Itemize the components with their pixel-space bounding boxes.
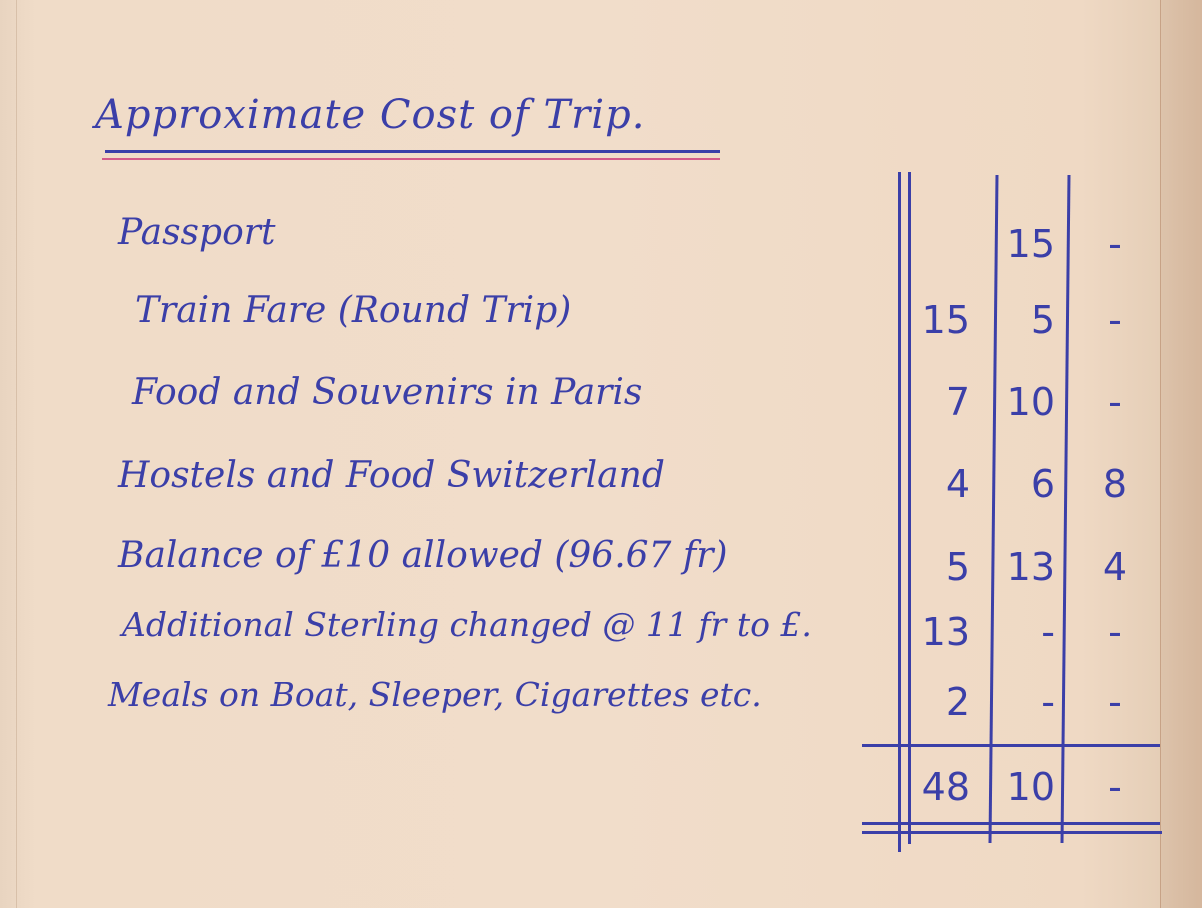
item-label-passport: Passport bbox=[118, 212, 275, 253]
ledger-rule-double-left-a bbox=[898, 172, 901, 852]
amount-balance-shillings: 13 bbox=[985, 545, 1055, 589]
amount-train-pounds: 15 bbox=[900, 298, 970, 342]
item-label-meals-boat: Meals on Boat, Sleeper, Cigarettes etc. bbox=[108, 675, 762, 714]
page-fold-edge bbox=[1160, 0, 1202, 908]
item-label-balance: Balance of £10 allowed (96.67 fr) bbox=[118, 535, 728, 576]
amount-meals-pence: - bbox=[1080, 680, 1150, 724]
ledger-rule-shillings-pence bbox=[1061, 175, 1071, 843]
amount-switzerland-shillings: 6 bbox=[985, 462, 1055, 506]
amount-sterling-pence: - bbox=[1080, 610, 1150, 654]
amount-paris-pence: - bbox=[1080, 380, 1150, 424]
title-underline-red bbox=[102, 158, 720, 160]
amount-paris-pounds: 7 bbox=[900, 380, 970, 424]
amount-balance-pounds: 5 bbox=[900, 545, 970, 589]
item-label-additional-sterling: Additional Sterling changed @ 11 fr to £… bbox=[122, 605, 812, 644]
title-underline-blue bbox=[105, 150, 720, 153]
total-pounds: 48 bbox=[900, 765, 970, 809]
item-label-train-fare: Train Fare (Round Trip) bbox=[135, 290, 571, 331]
amount-switzerland-pounds: 4 bbox=[900, 462, 970, 506]
ledger-total-rule-b bbox=[862, 831, 1162, 834]
amount-sterling-shillings: - bbox=[985, 610, 1055, 654]
total-pence: - bbox=[1080, 765, 1150, 809]
amount-train-pence: - bbox=[1080, 298, 1150, 342]
ledger-subtotal-rule bbox=[862, 744, 1160, 747]
amount-switzerland-pence: 8 bbox=[1080, 462, 1150, 506]
total-shillings: 10 bbox=[985, 765, 1055, 809]
amount-meals-shillings: - bbox=[985, 680, 1055, 724]
item-label-food-paris: Food and Souvenirs in Paris bbox=[132, 372, 642, 413]
amount-train-shillings: 5 bbox=[985, 298, 1055, 342]
amount-balance-pence: 4 bbox=[1080, 545, 1150, 589]
item-label-hostels-switzerland: Hostels and Food Switzerland bbox=[118, 455, 665, 496]
page-left-edge bbox=[16, 0, 17, 908]
amount-passport-shillings: 15 bbox=[985, 222, 1055, 266]
ledger-total-rule-a bbox=[862, 822, 1160, 825]
amount-passport-pence: - bbox=[1080, 222, 1150, 266]
ledger-rule-pounds-shillings bbox=[989, 175, 999, 843]
amount-paris-shillings: 10 bbox=[985, 380, 1055, 424]
document-title: Approximate Cost of Trip. bbox=[95, 92, 645, 138]
amount-meals-pounds: 2 bbox=[900, 680, 970, 724]
amount-sterling-pounds: 13 bbox=[900, 610, 970, 654]
